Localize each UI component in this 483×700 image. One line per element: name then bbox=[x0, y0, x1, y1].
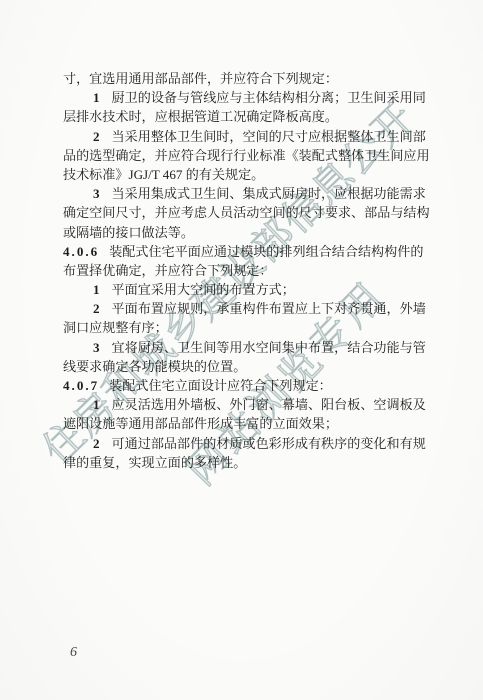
line-text: 应灵活选用外墙板、外门窗、幕墙、阳台板、空调板及 bbox=[112, 397, 426, 412]
text-line: 确定空间尺寸，并应考虑人员活动空间的尺寸要求、部品与结构 bbox=[63, 203, 429, 222]
line-text: 装配式住宅平面应通过模块的排列组合结合结构构件的 bbox=[109, 244, 423, 259]
item-number: 2 bbox=[93, 129, 100, 144]
text-line: 线要求确定各功能模块的位置。 bbox=[63, 357, 429, 376]
item-number: 2 bbox=[93, 436, 100, 451]
text-line: 1应灵活选用外墙板、外门窗、幕墙、阳台板、空调板及 bbox=[63, 395, 429, 414]
line-text: 层排水技术时，应根据管道工况确定降板高度。 bbox=[63, 109, 338, 124]
line-text: 线要求确定各功能模块的位置。 bbox=[63, 359, 246, 374]
text-line: 品的选型确定，并应符合现行行业标准《装配式整体卫生间应用 bbox=[63, 146, 429, 165]
text-line: 洞口应规整有序； bbox=[63, 318, 429, 337]
line-text: 确定空间尺寸，并应考虑人员活动空间的尺寸要求、部品与结构 bbox=[63, 205, 430, 220]
item-number: 1 bbox=[93, 90, 100, 105]
line-text: 布置择优确定，并应符合下列规定： bbox=[63, 263, 273, 278]
text-line: 3宜将厨房、卫生间等用水空间集中布置，结合功能与管 bbox=[63, 338, 429, 357]
text-line: 3当采用集成式卫生间、集成式厨房时，应根据功能需求 bbox=[63, 184, 429, 203]
text-line: 技术标准》JGJ/T 467 的有关规定。 bbox=[63, 165, 429, 184]
text-line: 1平面宜采用大空间的布置方式； bbox=[63, 280, 429, 299]
text-line: 遮阳设施等通用部品部件形成丰富的立面效果； bbox=[63, 414, 429, 433]
line-text: 平面宜采用大空间的布置方式； bbox=[112, 282, 295, 297]
item-number: 2 bbox=[93, 301, 100, 316]
body-text: 寸，宜选用通用部品部件，并应符合下列规定：1厨卫的设备与管线应与主体结构相分离；… bbox=[63, 69, 429, 472]
line-text: 遮阳设施等通用部品部件形成丰富的立面效果； bbox=[63, 416, 338, 431]
item-number: 1 bbox=[93, 282, 100, 297]
item-number: 3 bbox=[93, 186, 100, 201]
text-line: 2可通过部品部件的材质或色彩形成有秩序的变化和有规 bbox=[63, 434, 429, 453]
item-number: 3 bbox=[93, 340, 100, 355]
text-line: 布置择优确定，并应符合下列规定： bbox=[63, 261, 429, 280]
line-text: 或隔墙的接口做法等。 bbox=[63, 225, 194, 240]
item-number: 1 bbox=[93, 397, 100, 412]
text-line: 2平面布置应规则，承重构件布置应上下对齐贯通，外墙 bbox=[63, 299, 429, 318]
clause-number: 4.0.7 bbox=[63, 378, 99, 393]
line-text: 品的选型确定，并应符合现行行业标准《装配式整体卫生间应用 bbox=[63, 148, 430, 163]
page-number: 6 bbox=[70, 645, 77, 661]
line-text: 洞口应规整有序； bbox=[63, 320, 168, 335]
text-line: 1厨卫的设备与管线应与主体结构相分离；卫生间采用同 bbox=[63, 88, 429, 107]
line-text: 平面布置应规则，承重构件布置应上下对齐贯通，外墙 bbox=[112, 301, 426, 316]
line-text: 当采用整体卫生间时，空间的尺寸应根据整体卫生间部 bbox=[112, 129, 426, 144]
text-line: 寸，宜选用通用部品部件，并应符合下列规定： bbox=[63, 69, 429, 88]
line-text: 当采用集成式卫生间、集成式厨房时，应根据功能需求 bbox=[112, 186, 426, 201]
text-line: 层排水技术时，应根据管道工况确定降板高度。 bbox=[63, 107, 429, 126]
document-page: 住房和城乡建设部信息公开 网站浏览专用 寸，宜选用通用部品部件，并应符合下列规定… bbox=[0, 0, 483, 700]
line-text: 宜将厨房、卫生间等用水空间集中布置，结合功能与管 bbox=[112, 340, 426, 355]
line-text: 装配式住宅立面设计应符合下列规定： bbox=[109, 378, 332, 393]
line-text: 技术标准》JGJ/T 467 的有关规定。 bbox=[63, 167, 264, 182]
line-text: 寸，宜选用通用部品部件，并应符合下列规定： bbox=[63, 71, 338, 86]
clause-number: 4.0.6 bbox=[63, 244, 99, 259]
line-text: 厨卫的设备与管线应与主体结构相分离；卫生间采用同 bbox=[112, 90, 426, 105]
text-line: 4.0.7装配式住宅立面设计应符合下列规定： bbox=[63, 376, 429, 395]
line-text: 可通过部品部件的材质或色彩形成有秩序的变化和有规 bbox=[112, 436, 426, 451]
text-line: 或隔墙的接口做法等。 bbox=[63, 223, 429, 242]
text-line: 4.0.6装配式住宅平面应通过模块的排列组合结合结构构件的 bbox=[63, 242, 429, 261]
text-line: 2当采用整体卫生间时，空间的尺寸应根据整体卫生间部 bbox=[63, 127, 429, 146]
line-text: 律的重复，实现立面的多样性。 bbox=[63, 455, 246, 470]
text-line: 律的重复，实现立面的多样性。 bbox=[63, 453, 429, 472]
